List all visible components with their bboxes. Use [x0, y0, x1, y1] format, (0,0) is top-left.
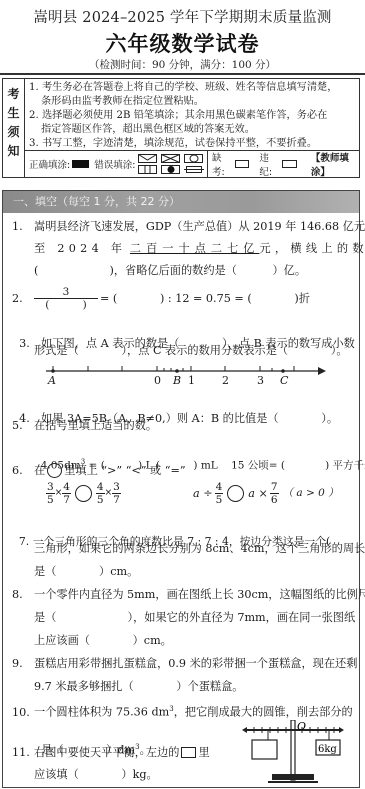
question-9-line2[interactable]: 9.7 米最多够捆扎（ ）个蛋糕盒。 — [34, 679, 243, 694]
wrong-mark-cross-icon — [161, 154, 181, 163]
notice-label-char: 考 — [7, 85, 19, 104]
operator: × — [55, 486, 63, 501]
notice-label: 考 生 须 知 — [3, 79, 25, 177]
question-number: 9. — [12, 656, 34, 671]
question-text: 一个圆柱体积为 75.36 dm — [34, 706, 169, 719]
candidate-notice-box: 考 生 须 知 1. 考生务必在答题卷上将自己的学校、班级、姓名等信息填写清楚，… — [2, 78, 360, 178]
number-line-labels: A 0 B 1 2 3 C — [0, 374, 365, 388]
question-1: 1.嵩明县经济飞速发展，GDP（生产总值）从 2019 年 146.68 亿元提… — [12, 219, 365, 234]
condition: （ a > 0 ） — [283, 486, 339, 501]
wrong-mark-dot-icon — [161, 165, 181, 174]
question-text: 一个零件内直径为 5mm，画在图纸上长 30cm，这幅图纸的比例尺 — [34, 588, 365, 601]
exam-subject-title: 六年级数学试卷 — [0, 28, 365, 58]
question-10: 10.一个圆柱体积为 75.36 dm3，把它削成最大的圆锥，削去部分的 — [12, 702, 353, 720]
question-number: 6. — [12, 463, 34, 478]
teacher-fill-label: 【教师填涂】 — [311, 150, 359, 178]
absent-checkbox[interactable] — [235, 160, 250, 168]
denominator: 7 — [113, 494, 120, 506]
fill-instructions-row: 正确填涂: 错误填涂: 缺考: 违纪: 【教师填涂】 — [25, 151, 359, 177]
fraction-numerator: 3 — [34, 286, 98, 299]
expression: a × — [248, 486, 268, 501]
question-1-line3[interactable]: ( )，省略亿后面的数约是（ ）亿。 — [34, 263, 306, 278]
question-text: 在 — [34, 463, 45, 478]
violation-label: 违纪: — [259, 150, 278, 178]
question-5: 5.在括号里填上适当的数。 — [12, 418, 157, 433]
notice-item-cont: 条形码由监考教师在指定位置粘贴。 — [29, 95, 355, 109]
question-8-line3[interactable]: 上应该画（ ）cm。 — [34, 633, 172, 648]
underlined-number-words: 二百一十点二七亿 — [130, 242, 260, 255]
header-divider — [0, 73, 365, 75]
question-number: 8. — [12, 587, 34, 602]
violation-checkbox[interactable] — [282, 160, 297, 168]
left-weight-box — [252, 740, 277, 759]
wrong-mark-vertical-icon — [138, 165, 158, 174]
fraction-blank[interactable]: 3 ( ) — [34, 286, 98, 311]
question-text: ，把它削成最大的圆锥，削去部分的 — [174, 706, 353, 719]
denominator: 5 — [97, 494, 104, 506]
right-weight-label: 6kg — [318, 744, 337, 755]
question-1-line2: 至 2024 年 二百一十点二七亿元，横线上的数字写作 — [34, 241, 365, 256]
tick-label-0: 0 — [154, 374, 161, 387]
notice-items: 1. 考生务必在答题卷上将自己的学校、班级、姓名等信息填写清楚， 条形码由监考教… — [25, 79, 359, 151]
question-11-line2[interactable]: 应该填（ ）kg。 — [34, 767, 158, 782]
question-number: 1. — [12, 219, 34, 234]
fill-examples: 正确填涂: 错误填涂: — [25, 151, 208, 177]
question-text: 在括号里填上适当的数。 — [34, 419, 157, 432]
notice-item: 3. 书写工整，字迹清楚，填涂规范，试卷保持平整，不要折叠。 — [29, 137, 355, 151]
question-text[interactable]: = ( ) : 12 = 0.75 = ( )折 — [100, 291, 310, 306]
notice-item-cont: 指定答题区作答，超出黑色框区域的答案无效。 — [29, 123, 355, 137]
question-text: 嵩明县经济飞速发展，GDP（生产总值）从 2019 年 146.68 亿元提升 — [34, 220, 365, 233]
point-c-label: C — [280, 374, 288, 387]
balance-scale-diagram: O 6kg — [240, 720, 350, 786]
question-number: 11. — [12, 745, 34, 760]
notice-label-char: 生 — [7, 104, 19, 123]
question-text: 元，横线上的数字写作 — [259, 242, 365, 255]
fraction-denominator-blank[interactable]: ( ) — [45, 299, 87, 311]
tick-label-2: 2 — [222, 374, 229, 387]
question-11: 11. 右图中要使天平平衡，左边的 里 — [12, 745, 210, 760]
question-number: 2. — [12, 291, 34, 306]
teacher-fill-area: 缺考: 违纪: 【教师填涂】 — [208, 150, 359, 178]
circle-icon — [47, 463, 62, 478]
pivot-label: O — [297, 720, 306, 733]
wrong-fill-label: 错误填涂: — [94, 157, 135, 171]
exam-meta: （检测时间：90 分钟，满分：100 分） — [0, 57, 365, 72]
wrong-mark-circle-icon — [184, 154, 204, 163]
exam-header-title: 嵩明县 2024–2025 学年下学期期末质量监测 — [0, 6, 365, 27]
question-6: 6. 在 里填上 “>” “<” 或 “=” — [12, 463, 186, 478]
question-text: 蛋糕店用彩带捆扎蛋糕盒，0.9 米的彩带捆一个蛋糕盒，现在还剩 — [34, 657, 357, 670]
numerator: 4 — [62, 481, 71, 494]
square-box-icon — [181, 747, 196, 758]
denominator: 5 — [47, 494, 54, 506]
compare-left: 35 × 47 45 × 37 — [46, 481, 121, 506]
absent-label: 缺考: — [212, 150, 231, 178]
denominator: 6 — [271, 494, 278, 506]
wrong-mark-envelope-icon — [138, 154, 158, 163]
question-2: 2. 3 ( ) = ( ) : 12 = 0.75 = ( )折 — [12, 286, 310, 311]
wrong-fill-marks — [138, 154, 204, 174]
expression: a ÷ — [193, 486, 213, 501]
numerator: 7 — [270, 481, 279, 494]
denominator: 7 — [63, 494, 70, 506]
numerator: 4 — [215, 481, 224, 494]
question-8: 8.一个零件内直径为 5mm，画在图纸上长 30cm，这幅图纸的比例尺 — [12, 587, 365, 602]
notice-item: 1. 考生务必在答题卷上将自己的学校、班级、姓名等信息填写清楚， — [29, 81, 355, 95]
point-a-label: A — [48, 374, 56, 387]
section-heading: 一、填空（每空 1 分，共 22 分） — [3, 191, 359, 213]
point-b-label: B — [173, 374, 181, 387]
question-number: 5. — [12, 418, 34, 433]
numerator: 3 — [46, 481, 55, 494]
question-text: 里 — [198, 745, 209, 760]
numerator: 3 — [112, 481, 121, 494]
tick-label-3: 3 — [257, 374, 264, 387]
denominator: 5 — [216, 494, 223, 506]
numerator: 4 — [96, 481, 105, 494]
correct-fill-mark-icon — [72, 160, 89, 168]
question-8-line2[interactable]: 是（ ），如果它的外直径为 7mm，画在同一张图纸 — [34, 610, 355, 625]
question-text: 至 2024 年 — [34, 242, 126, 255]
question-3-line2[interactable]: 形式是（ ），点 C 表示的数用分数表示是（ ）。 — [34, 343, 348, 358]
compare-right: a ÷ 45 a × 76 （ a > 0 ） — [193, 481, 339, 506]
notice-item: 2. 选择题必须使用 2B 铅笔填涂；其余用黑色碳素笔作答，务必在 — [29, 109, 355, 123]
tick-label-1: 1 — [188, 374, 195, 387]
compare-circle-blank[interactable] — [75, 485, 92, 502]
wrong-mark-horizontal-icon — [184, 165, 204, 174]
question-7-line3[interactable]: 是（ ）cm。 — [34, 564, 138, 579]
question-number: 10. — [12, 705, 34, 720]
notice-label-char: 须 — [7, 123, 19, 142]
question-7-line2: 三角形，如果它的两条边长分别为 8cm、4cm，这个三角形的周长 — [34, 541, 365, 556]
question-text: 右图中要使天平平衡，左边的 — [34, 745, 179, 760]
question-9: 9.蛋糕店用彩带捆扎蛋糕盒，0.9 米的彩带捆一个蛋糕盒，现在还剩 — [12, 656, 357, 671]
correct-fill-label: 正确填涂: — [29, 157, 70, 171]
operator: × — [105, 486, 113, 501]
question-text: 里填上 “>” “<” 或 “=” — [64, 463, 185, 478]
notice-label-char: 知 — [7, 142, 19, 161]
compare-circle-blank[interactable] — [227, 485, 244, 502]
question-number: 7. — [19, 535, 29, 548]
